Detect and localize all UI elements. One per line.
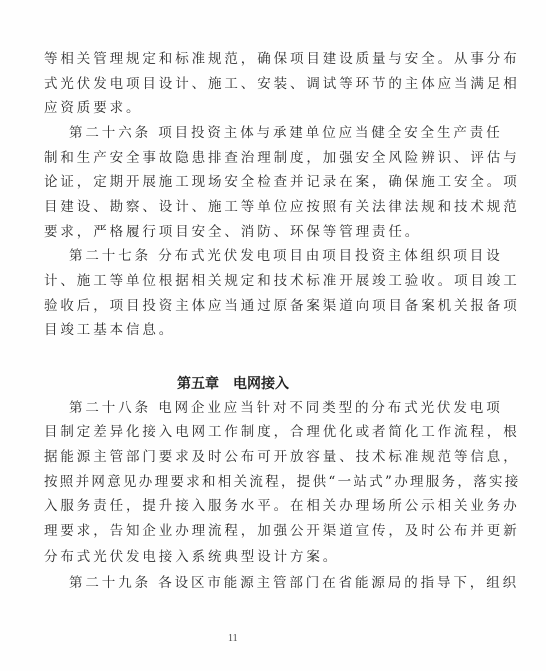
- article-29-start: 第二十九条 各设区市能源主管部门在省能源局的指导下，组织: [69, 573, 469, 593]
- text-line: 应资质要求。: [44, 98, 444, 118]
- text-line: 式光伏发电项目设计、施工、安装、调试等环节的主体应当满足相: [44, 74, 444, 94]
- text-line: 分布式光伏发电接入系统典型设计方案。: [44, 547, 444, 567]
- text-line: 目制定差异化接入电网工作制度，合理优化或者简化工作流程，根: [44, 422, 444, 442]
- article-28-start: 第二十八条 电网企业应当针对不同类型的分布式光伏发电项: [69, 398, 469, 418]
- text-line: 入服务责任，提升接入服务水平。在相关办理场所公示相关业务办: [44, 496, 444, 516]
- text-line: 制和生产安全事故隐患排查治理制度，加强安全风险辨识、评估与: [44, 148, 444, 168]
- text-line: 论证，定期开展施工现场安全检查并记录在案，确保施工安全。项: [44, 172, 444, 192]
- page-number: 11: [228, 633, 238, 644]
- text-line: 验收后，项目投资主体应当通过原备案渠道向项目备案机关报备项: [44, 296, 444, 316]
- text-line: 等相关管理规定和标准规范，确保项目建设质量与安全。从事分布: [44, 49, 444, 69]
- document-page: 等相关管理规定和标准规范，确保项目建设质量与安全。从事分布 式光伏发电项目设计、…: [0, 0, 546, 671]
- text-line: 理要求，告知企业办理流程，加强公开渠道宣传，及时公布并更新: [44, 521, 444, 541]
- text-line: 据能源主管部门要求及时公布可开放容量、技术标准规范等信息，: [44, 447, 444, 467]
- text-line: 计、施工等单位根据相关规定和技术标准开展竣工验收。项目竣工: [44, 271, 444, 291]
- text-line: 按照并网意见办理要求和相关流程，提供“一站式”办理服务，落实接: [44, 472, 444, 492]
- text-line: 目建设、勘察、设计、施工等单位应按照有关法律法规和技术规范: [44, 197, 444, 217]
- chapter-heading: 第五章 电网接入: [0, 373, 466, 395]
- article-27-start: 第二十七条 分布式光伏发电项目由项目投资主体组织项目设: [69, 246, 469, 266]
- article-26-start: 第二十六条 项目投资主体与承建单位应当健全安全生产责任: [69, 123, 469, 143]
- text-line: 目竣工基本信息。: [44, 320, 444, 340]
- text-line: 要求，严格履行项目安全、消防、环保等管理责任。: [44, 222, 444, 242]
